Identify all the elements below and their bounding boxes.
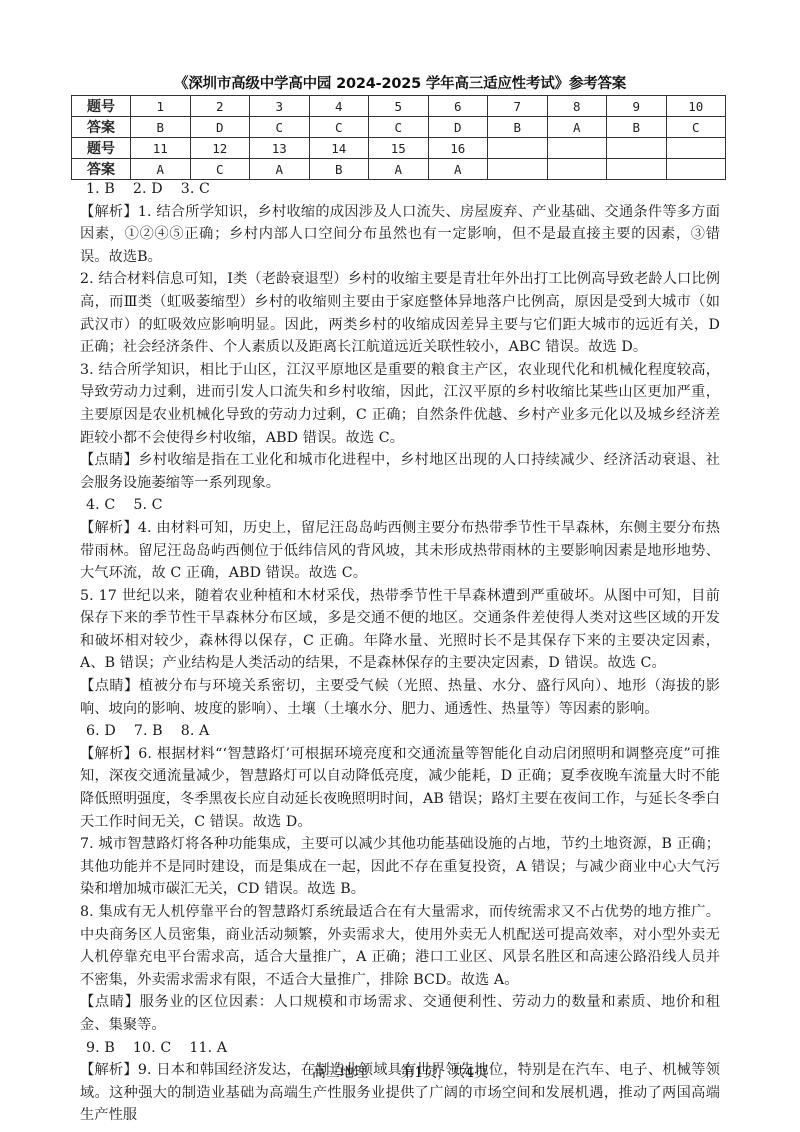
answer-cell: 9 (607, 96, 667, 117)
answer-cell: C (250, 117, 310, 138)
answer-cell: 1 (131, 96, 191, 117)
answer-cell: B (131, 117, 191, 138)
answer-cell (547, 138, 607, 159)
row-header: 答案 (72, 159, 131, 180)
explanation-paragraph: 5. 17 世纪以来，随着农业种植和木材采伐，热带季节性干旱森林遭到严重破坏。从… (80, 585, 720, 675)
page-footer: 高三地理 第1页，共4页 (0, 1062, 800, 1082)
answer-table-row: 题号12345678910 (72, 96, 726, 117)
answer-cell: 11 (131, 138, 191, 159)
answer-cell: A (131, 159, 191, 180)
answer-cell: A (547, 117, 607, 138)
answer-cell: 2 (190, 96, 250, 117)
answer-cell: 12 (190, 138, 250, 159)
answer-key: 6. D (86, 720, 116, 743)
answer-cell: 3 (250, 96, 310, 117)
explanation-paragraph: 3. 结合所学知识，相比于山区，江汉平原地区是重要的粮食主产区，农业现代化和机械… (80, 359, 720, 449)
row-header: 题号 (72, 96, 131, 117)
answer-cell: B (607, 117, 667, 138)
explanation-paragraph: 【点睛】服务业的区位因素：人口规模和市场需求、交通便利性、劳动力的数量和素质、地… (80, 991, 720, 1036)
answer-key: 9. B (86, 1037, 115, 1060)
answer-cell: 8 (547, 96, 607, 117)
answer-cell: 6 (428, 96, 488, 117)
answer-cell: D (428, 117, 488, 138)
explanation-paragraph: 【解析】6. 根据材料“‘智慧路灯’可根据环境亮度和交通流量等智能化自动启闭照明… (80, 743, 720, 833)
answer-key: 8. A (181, 720, 210, 743)
answer-cell (488, 138, 548, 159)
document-page: 《深圳市高级中学高中园 2024-2025 学年高三适应性考试》参考答案 题号1… (0, 0, 800, 1132)
answer-key-line: 6. D7. B8. A (80, 720, 720, 743)
answer-key-line: 1. B2. D3. C (80, 178, 720, 201)
answer-cell: 4 (309, 96, 369, 117)
answer-cell: 14 (309, 138, 369, 159)
footer-subject: 高三地理 (312, 1065, 368, 1081)
answer-cell: 7 (488, 96, 548, 117)
answer-key: 11. A (189, 1037, 227, 1060)
explanation-paragraph: 【解析】4. 由材料可知，历史上，留尼汪岛岛屿西侧主要分布热带季节性干旱森林，东… (80, 517, 720, 585)
answer-key: 3. C (181, 178, 210, 201)
answer-cell: B (309, 159, 369, 180)
row-header: 题号 (72, 138, 131, 159)
answer-cell: 13 (250, 138, 310, 159)
answer-cell: 10 (666, 96, 726, 117)
answer-cell: C (369, 117, 429, 138)
answer-cell (547, 159, 607, 180)
answer-cell: 15 (369, 138, 429, 159)
answer-key: 1. B (86, 178, 115, 201)
answer-cell: D (190, 117, 250, 138)
explanation-paragraph: 【点睛】植被分布与环境关系密切，主要受气候（光照、热量、水分、盛行风向）、地形（… (80, 675, 720, 720)
explanation-paragraph: 【解析】1. 结合所学知识，乡村收缩的成因涉及人口流失、房屋废弃、产业基础、交通… (80, 201, 720, 269)
answer-table-row: 答案BDCCCDBABC (72, 117, 726, 138)
answer-key-line: 9. B10. C11. A (80, 1037, 720, 1060)
answer-cell (488, 159, 548, 180)
answer-cell: C (309, 117, 369, 138)
answer-key: 5. C (133, 494, 162, 517)
answer-table: 题号12345678910答案BDCCCDBABC题号111213141516答… (71, 95, 726, 180)
explanation-paragraph: 8. 集成有无人机停靠平台的智慧路灯系统最适合在有大量需求，而传统需求又不占优势… (80, 901, 720, 991)
answer-cell: B (488, 117, 548, 138)
document-title: 《深圳市高级中学高中园 2024-2025 学年高三适应性考试》参考答案 (0, 72, 800, 93)
answer-key: 7. B (134, 720, 163, 743)
answer-cell: C (190, 159, 250, 180)
answer-key: 4. C (86, 494, 115, 517)
answer-table-row: 题号111213141516 (72, 138, 726, 159)
answer-cell (666, 138, 726, 159)
answer-cell: A (369, 159, 429, 180)
explanation-paragraph: 7. 城市智慧路灯将各种功能集成，主要可以减少其他功能基础设施的占地，节约土地资… (80, 833, 720, 901)
answer-key: 2. D (133, 178, 163, 201)
answer-cell (607, 159, 667, 180)
answer-cell: 16 (428, 138, 488, 159)
answer-cell (607, 138, 667, 159)
explanation-content: 1. B2. D3. C【解析】1. 结合所学知识，乡村收缩的成因涉及人口流失、… (80, 178, 720, 1127)
answer-cell: A (250, 159, 310, 180)
answer-key: 10. C (133, 1037, 171, 1060)
answer-key-line: 4. C5. C (80, 494, 720, 517)
answer-cell: C (666, 117, 726, 138)
answer-table-row: 答案ACABAA (72, 159, 726, 180)
answer-cell: A (428, 159, 488, 180)
answer-cell (666, 159, 726, 180)
row-header: 答案 (72, 117, 131, 138)
explanation-paragraph: 2. 结合材料信息可知，Ⅰ类（老龄衰退型）乡村的收缩主要是青壮年外出打工比例高导… (80, 268, 720, 358)
explanation-paragraph: 【点睛】乡村收缩是指在工业化和城市化进程中，乡村地区出现的人口持续减少、经济活动… (80, 449, 720, 494)
answer-cell: 5 (369, 96, 429, 117)
footer-page-info: 第1页，共4页 (400, 1065, 488, 1081)
